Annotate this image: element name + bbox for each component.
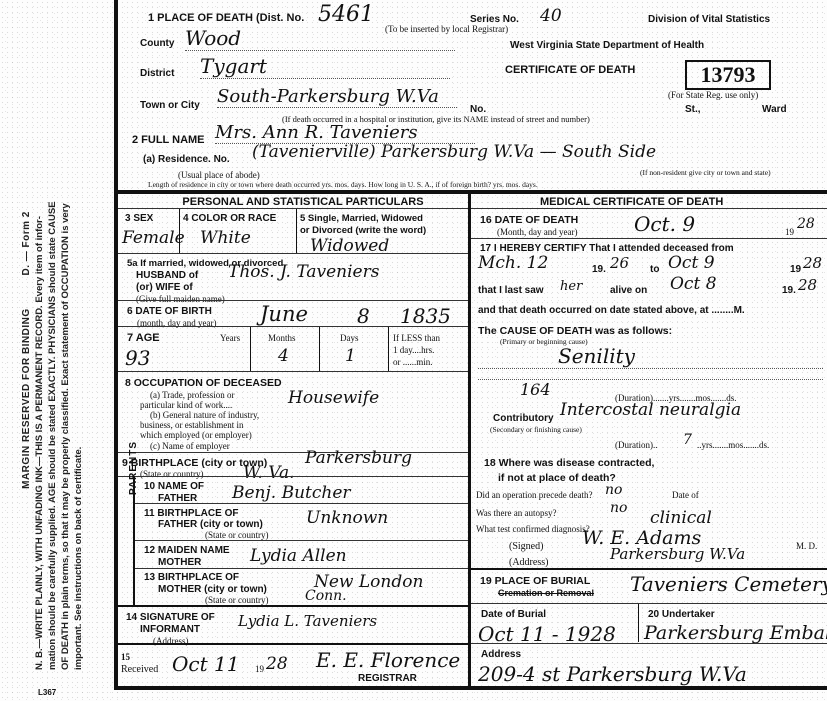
occ-a-label-1: (a) Trade, profession or bbox=[150, 390, 235, 400]
rule bbox=[118, 300, 468, 301]
birthplace-city: Parkersburg bbox=[305, 448, 412, 468]
received-year: 28 bbox=[266, 654, 288, 674]
binding-margin: MARGIN RESERVED FOR BINDING D. — Form 2 … bbox=[0, 0, 112, 701]
burial-date-label: Date of Burial bbox=[481, 609, 546, 620]
dob-day: 8 bbox=[357, 304, 370, 328]
contracted-label-2: if not at place of death? bbox=[498, 472, 616, 484]
dod-year: 28 bbox=[797, 216, 815, 232]
cause-label: The CAUSE OF DEATH was as follows: bbox=[478, 325, 672, 337]
undertaker-label: 20 Undertaker bbox=[648, 609, 715, 620]
father-bp-label-1: 11 BIRTHPLACE OF bbox=[144, 508, 238, 519]
district-label: District bbox=[140, 68, 174, 79]
rule bbox=[133, 476, 135, 606]
to-label: to bbox=[650, 264, 659, 275]
rule bbox=[638, 604, 639, 642]
father-birthplace: Unknown bbox=[306, 508, 388, 528]
series-no: 40 bbox=[540, 6, 562, 26]
ward-label: Ward bbox=[762, 104, 787, 115]
rule bbox=[471, 568, 827, 570]
years-label: Years bbox=[220, 333, 240, 343]
section-rule-top bbox=[118, 190, 827, 194]
abode-note: (Usual place of abode) bbox=[178, 170, 260, 180]
cause-code: 164 bbox=[520, 380, 551, 399]
occupation-label: 8 OCCUPATION OF DECEASED bbox=[125, 377, 282, 389]
full-name-label: 2 FULL NAME bbox=[132, 134, 205, 146]
rule bbox=[471, 208, 827, 209]
informant-label-1: 14 SIGNATURE OF bbox=[126, 612, 215, 623]
county-value: Wood bbox=[185, 26, 455, 51]
margin-instructions: MARGIN RESERVED FOR BINDING D. — Form 2 … bbox=[20, 30, 120, 670]
rule bbox=[118, 452, 468, 453]
full-name-value: Mrs. Ann R. Taveniers bbox=[215, 122, 475, 144]
residence-value: (Tavenierville) Parkersburg W.Va — South… bbox=[252, 142, 656, 162]
race-label: 4 COLOR OR RACE bbox=[183, 213, 276, 224]
less-label-1: If LESS than bbox=[393, 333, 440, 343]
last-saw-date: Oct 8 bbox=[670, 274, 717, 294]
physician-address: Parkersburg W.Va bbox=[610, 545, 745, 563]
residence-label: (a) Residence. No. bbox=[143, 154, 230, 165]
form-code: L367 bbox=[38, 688, 56, 697]
age-label: 7 AGE bbox=[127, 332, 160, 344]
parents-label: PARENTS bbox=[128, 441, 139, 495]
dob-label: 6 DATE OF BIRTH bbox=[127, 306, 212, 317]
father-bp-label-3: (State or country) bbox=[205, 530, 268, 540]
rule bbox=[388, 327, 389, 371]
dod-sub: (Month, day and year) bbox=[497, 227, 577, 237]
md-label: M. D. bbox=[796, 541, 817, 551]
rule bbox=[118, 643, 468, 645]
mother-value: Lydia Allen bbox=[250, 546, 347, 566]
occ-b-label-3: which employed (or employer) bbox=[140, 430, 252, 440]
nonresident-note: (If non-resident give city or town and s… bbox=[640, 168, 771, 177]
spouse-label-4: (Give full maiden name) bbox=[136, 294, 225, 304]
last-saw-label: that I last saw bbox=[478, 285, 544, 296]
rule bbox=[135, 503, 468, 504]
form-label: D. — Form 2 bbox=[21, 211, 32, 275]
mother-label-2: MOTHER bbox=[158, 557, 201, 568]
occ-b-label-2: business, or establishment in bbox=[140, 420, 244, 430]
father-bp-label-2: FATHER (city or town) bbox=[158, 519, 263, 530]
signed-label: (Signed) bbox=[509, 541, 543, 552]
operation-value: no bbox=[605, 482, 622, 498]
certificate-title: CERTIFICATE OF DEATH bbox=[505, 64, 635, 76]
district-value: Tygart bbox=[200, 54, 450, 79]
margin-line-1: N. B.—WRITE PLAINLY, WITH UNFADING INK—T… bbox=[33, 30, 46, 670]
series-label: Series No. bbox=[470, 14, 519, 25]
dod-value: Oct. 9 bbox=[634, 212, 695, 236]
received-label: Received bbox=[121, 664, 158, 675]
last-saw-pronoun: her bbox=[560, 279, 582, 294]
rule bbox=[296, 209, 297, 253]
attended-from: Mch. 12 bbox=[478, 253, 548, 273]
rule bbox=[471, 238, 827, 239]
last-saw-year: 28 bbox=[798, 276, 817, 294]
department-label: West Virginia State Department of Health bbox=[510, 40, 704, 51]
dob-year: 1835 bbox=[400, 304, 451, 328]
less-label-3: or ......min. bbox=[393, 357, 433, 367]
town-label: Town or City bbox=[140, 100, 200, 111]
received-number: 15 bbox=[121, 652, 130, 662]
operation-label: Did an operation precede death? bbox=[476, 490, 592, 500]
rule bbox=[118, 253, 468, 254]
dod-year-prefix: 19 bbox=[785, 227, 794, 237]
attended-from-year: 26 bbox=[610, 254, 629, 272]
rule bbox=[179, 209, 180, 253]
sex-label: 3 SEX bbox=[125, 213, 153, 224]
rule bbox=[319, 327, 320, 371]
sex-value: Female bbox=[122, 228, 185, 248]
test-label: What test confirmed diagnosis? bbox=[476, 524, 590, 534]
physician-address-label: (Address) bbox=[509, 557, 548, 568]
section-rule-bottom bbox=[118, 686, 827, 690]
rule bbox=[135, 540, 468, 541]
mother-label-1: 12 MAIDEN NAME bbox=[144, 545, 230, 556]
occ-c-label: (c) Name of employer bbox=[150, 441, 230, 451]
age-days: 1 bbox=[345, 346, 356, 366]
margin-rule bbox=[114, 0, 118, 690]
medical-section-title: MEDICAL CERTIFICATE OF DEATH bbox=[540, 196, 723, 208]
mother-birthplace-state: Conn. bbox=[305, 588, 347, 604]
age-years: 93 bbox=[125, 346, 150, 370]
attended-to-year: 28 bbox=[803, 254, 822, 272]
town-value: South-Parkersburg W.Va bbox=[217, 86, 457, 108]
margin-header: MARGIN RESERVED FOR BINDING bbox=[21, 308, 32, 489]
rule bbox=[118, 605, 468, 607]
contributory-label: Contributory bbox=[493, 413, 554, 424]
dob-month: June bbox=[260, 302, 308, 326]
mother-bp-label-1: 13 BIRTHPLACE OF bbox=[144, 572, 239, 583]
certificate-number: 13793 bbox=[685, 60, 771, 90]
county-label: County bbox=[140, 38, 174, 49]
spouse-value: Thos. J. Taveniers bbox=[228, 262, 379, 282]
race-value: White bbox=[200, 228, 251, 248]
personal-section-title: PERSONAL AND STATISTICAL PARTICULARS bbox=[148, 196, 458, 208]
contributory-value: Intercostal neuralgia bbox=[560, 400, 741, 420]
months-label: Months bbox=[268, 333, 296, 343]
autopsy-value: no bbox=[610, 500, 627, 516]
spouse-label-3: (or) WIFE of bbox=[136, 282, 193, 293]
rule bbox=[118, 208, 468, 209]
contrib-duration-label-2: ..yrs.......mos.......ds. bbox=[697, 440, 769, 450]
burial-label-2: Cremation or Removal bbox=[498, 588, 594, 598]
rule bbox=[118, 476, 468, 477]
margin-line-4: important. See instructions on back of c… bbox=[72, 30, 85, 670]
dod-label: 16 DATE OF DEATH bbox=[480, 214, 578, 226]
received-date: Oct 11 bbox=[172, 652, 239, 676]
birthplace-state: W. Va. bbox=[243, 463, 295, 483]
occ-a-label-2: particular kind of work.... bbox=[140, 400, 232, 410]
age-months: 4 bbox=[278, 346, 289, 366]
place-of-death-label: 1 PLACE OF DEATH (Dist. No. bbox=[148, 12, 304, 24]
margin-line-3: OF DEATH in plain terms, so that it may … bbox=[59, 30, 72, 670]
rule bbox=[250, 327, 251, 371]
state-reg-note: (For State Reg. use only) bbox=[668, 90, 758, 100]
column-divider bbox=[468, 192, 471, 690]
dist-no: 5461 bbox=[318, 2, 374, 27]
rule bbox=[118, 326, 468, 327]
burial-place: Taveniers Cemetery bbox=[630, 572, 827, 596]
contrib-duration-years: 7 bbox=[683, 432, 692, 448]
burial-label-1: 19 PLACE OF BURIAL bbox=[480, 575, 590, 587]
rule bbox=[118, 371, 468, 372]
date-of-label: Date of bbox=[672, 490, 699, 500]
spouse-label-2: HUSBAND of bbox=[136, 270, 198, 281]
alive-on-label: alive on bbox=[610, 285, 647, 296]
occurred-label: and that death occurred on date stated a… bbox=[478, 305, 745, 316]
contrib-duration-label-1: (Duration).. bbox=[615, 440, 658, 450]
informant-signature: Lydia L. Taveniers bbox=[238, 612, 377, 630]
informant-label-2: INFORMANT bbox=[140, 624, 200, 635]
rule bbox=[135, 568, 468, 569]
mother-bp-label-2: MOTHER (city or town) bbox=[158, 584, 267, 595]
father-value: Benj. Butcher bbox=[232, 483, 351, 503]
rule bbox=[471, 603, 827, 604]
received-year-prefix: 19 bbox=[255, 664, 264, 674]
undertaker-address-label: Address bbox=[481, 649, 521, 660]
marital-label-1: 5 Single, Married, Widowed bbox=[300, 213, 423, 224]
division-label: Division of Vital Statistics bbox=[648, 14, 770, 25]
contracted-label-1: 18 Where was disease contracted, bbox=[484, 457, 654, 469]
registrar-label: REGISTRAR bbox=[358, 673, 417, 684]
occ-b-label-1: (b) General nature of industry, bbox=[150, 410, 259, 420]
cause-value: Senility bbox=[478, 344, 823, 369]
registrar-signature: E. E. Florence bbox=[316, 648, 460, 672]
undertaker-name: Parkersburg Embalm bbox=[644, 622, 827, 644]
marital-label-2: or Divorced (write the word) bbox=[300, 225, 426, 236]
contributory-sub: (Secondary or finishing cause) bbox=[490, 425, 582, 434]
undertaker-address: 209-4 st Parkersburg W.Va bbox=[478, 662, 747, 686]
days-label: Days bbox=[340, 333, 359, 343]
rule bbox=[471, 643, 827, 644]
birthplace-state-label: (State or country) bbox=[140, 469, 203, 479]
autopsy-label: Was there an autopsy? bbox=[476, 508, 557, 518]
mother-bp-label-3: (State or country) bbox=[205, 595, 268, 605]
attended-to: Oct 9 bbox=[668, 253, 715, 273]
residence-length-note: Length of residence in city or town wher… bbox=[148, 180, 538, 189]
father-label-1: 10 NAME OF bbox=[144, 481, 204, 492]
test-value: clinical bbox=[650, 508, 712, 528]
less-label-2: 1 day....hrs. bbox=[393, 345, 434, 355]
occupation-value: Housewife bbox=[288, 388, 379, 408]
margin-line-2: mation should be carefully supplied. AGE… bbox=[46, 30, 59, 670]
st-label: St., bbox=[685, 104, 701, 115]
